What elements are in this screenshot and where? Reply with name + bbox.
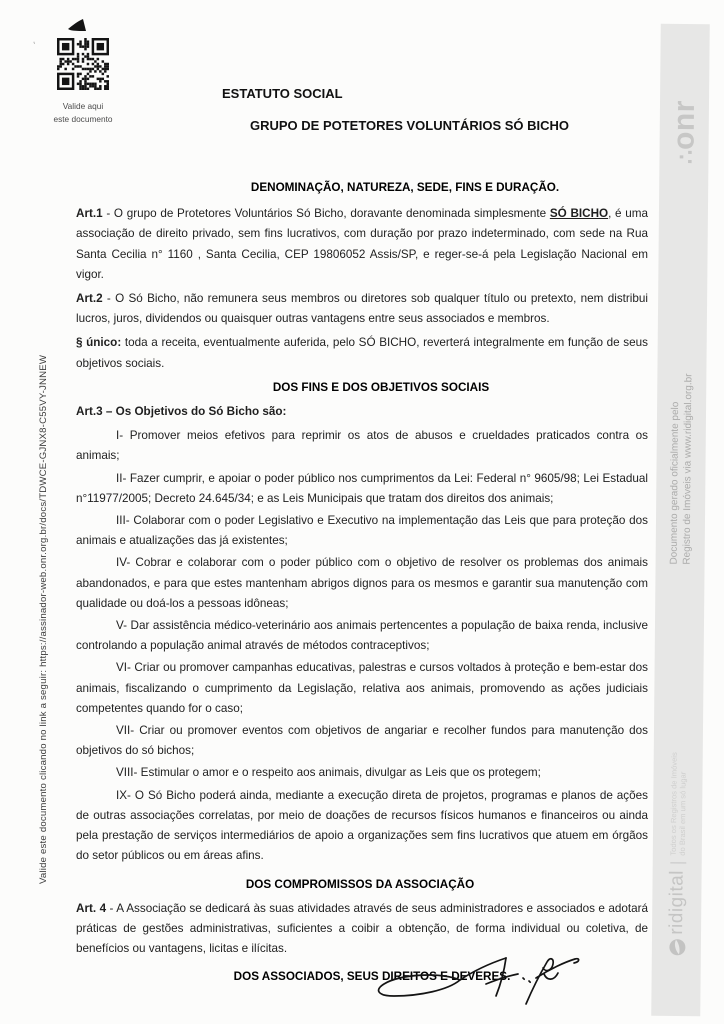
article-1-entity-name: SÓ BICHO bbox=[550, 207, 608, 220]
onr-logo-text: onr bbox=[667, 100, 700, 150]
qr-code bbox=[57, 38, 109, 90]
ridigital-logo-block: ridigital|Todos os Registros de Imóveisd… bbox=[665, 752, 689, 956]
generation-note-line2: Registro de Imóveis via www.ridigital.or… bbox=[680, 373, 695, 564]
scanned-document-page: ʻ Valide aqui este documento ESTATUTO SO… bbox=[0, 0, 724, 1024]
validation-link-vertical: Valide este documento clicando no link a… bbox=[38, 355, 49, 884]
handwritten-signatures bbox=[360, 938, 600, 1024]
article-4-label: Art. 4 bbox=[76, 902, 106, 915]
document-body: DENOMINAÇÃO, NATUREZA, SEDE, FINS E DURA… bbox=[76, 178, 648, 992]
article-1-label: Art.1 bbox=[76, 207, 103, 220]
objective-item-2: II- Fazer cumprir, e apoiar o poder públ… bbox=[76, 469, 648, 509]
section-heading-fins: DOS FINS E DOS OBJETIVOS SOCIAIS bbox=[114, 378, 648, 398]
article-3-label: Art.3 – Os Objetivos do Só Bicho são: bbox=[76, 402, 648, 422]
objective-item-7: VII- Criar ou promover eventos com objet… bbox=[76, 721, 648, 761]
right-margin-strip: ∴onr Documento gerado oficialmente pelo … bbox=[651, 24, 710, 1016]
onr-logo-dots-icon: ∴ bbox=[673, 152, 698, 164]
objective-item-9: IX- O Só Bicho poderá ainda, mediante a … bbox=[76, 786, 648, 867]
generation-note-line1: Documento gerado oficialmente pelo bbox=[667, 373, 682, 564]
article-2: Art.2 - O Só Bicho, não remunera seus me… bbox=[76, 289, 648, 329]
ridigital-globe-icon bbox=[668, 939, 685, 956]
document-subtitle: GRUPO DE POTETORES VOLUNTÁRIOS SÓ BICHO bbox=[250, 118, 569, 133]
onr-logo: ∴onr bbox=[667, 100, 702, 164]
generation-note: Documento gerado oficialmente pelo Regis… bbox=[667, 373, 695, 564]
section-heading-compromissos: DOS COMPROMISSOS DA ASSOCIAÇÃO bbox=[72, 875, 648, 895]
stray-pen-mark: ʻ bbox=[32, 40, 37, 50]
ridigital-tagline: Todos os Registros de Imóveisdo Brasil e… bbox=[668, 752, 687, 856]
article-2-label: Art.2 bbox=[76, 292, 103, 305]
qr-caption-line2: este documento bbox=[53, 114, 112, 124]
ridigital-divider: | bbox=[667, 861, 686, 866]
objective-item-3: III- Colaborar com o poder Legislativo e… bbox=[76, 511, 648, 551]
section-heading-denominacao: DENOMINAÇÃO, NATUREZA, SEDE, FINS E DURA… bbox=[162, 178, 648, 198]
document-title: ESTATUTO SOCIAL bbox=[222, 86, 343, 101]
article-1: Art.1 - O grupo de Protetores Voluntário… bbox=[76, 204, 648, 285]
paragraph-unico-label: § único: bbox=[76, 336, 121, 349]
paragraph-unico: § único: toda a receita, eventualmente a… bbox=[76, 333, 648, 373]
objective-item-1: I- Promover meios efetivos para reprimir… bbox=[76, 426, 648, 466]
corner-fold-mark bbox=[66, 18, 90, 36]
signature-right bbox=[526, 959, 579, 1004]
objective-item-6: VI- Criar ou promover campanhas educativ… bbox=[76, 658, 648, 719]
objective-item-8: VIII- Estimular o amor e o respeito aos … bbox=[76, 763, 648, 783]
ridigital-logo-text: ridigital bbox=[666, 870, 688, 935]
objective-item-5: V- Dar assistência médico-veterinário ao… bbox=[76, 616, 648, 656]
qr-caption-line1: Valide aqui bbox=[63, 101, 103, 111]
objective-item-4: IV- Cobrar e colaborar com o poder públi… bbox=[76, 553, 648, 614]
qr-caption: Valide aqui este documento bbox=[38, 100, 128, 126]
signature-left bbox=[379, 958, 531, 996]
